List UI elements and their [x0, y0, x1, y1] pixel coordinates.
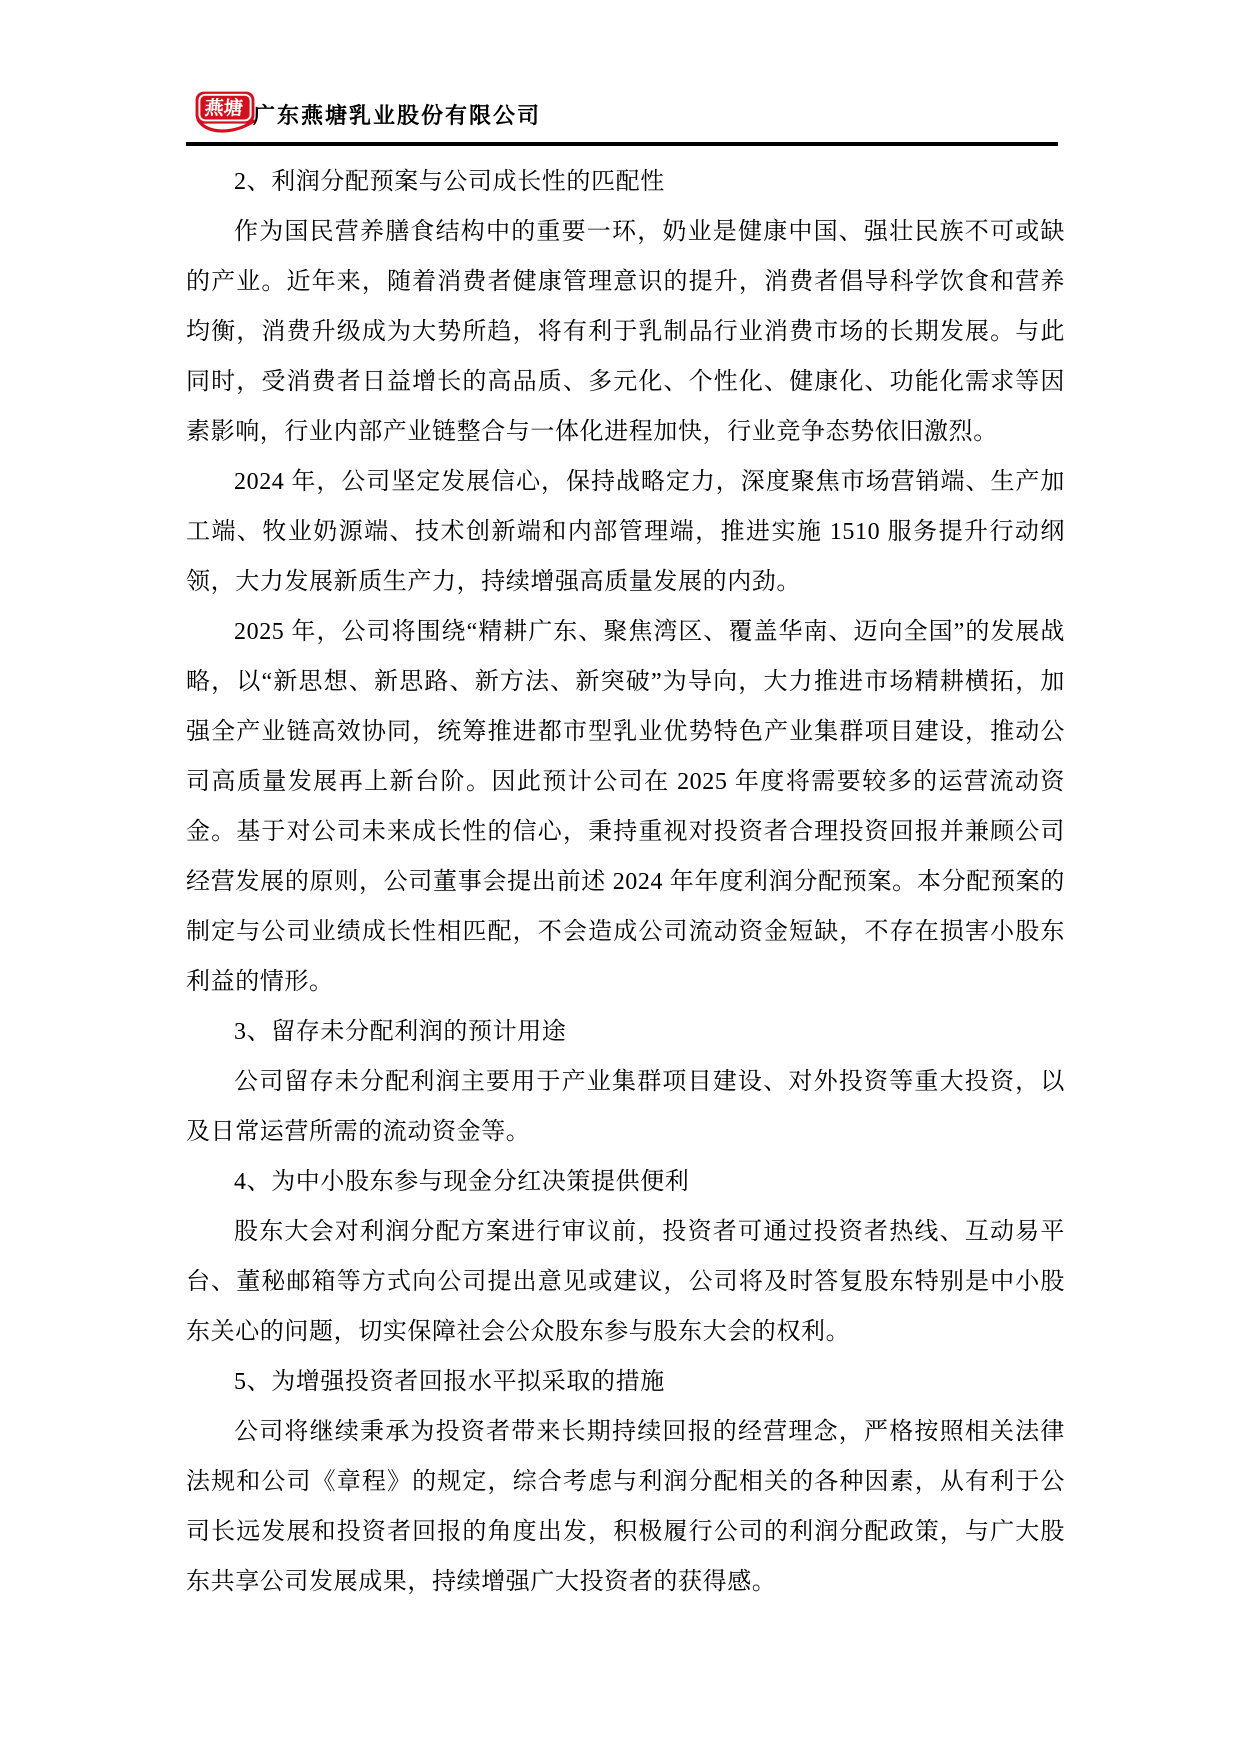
- paragraph: 2025 年，公司将围绕“精耕广东、聚焦湾区、覆盖华南、迈向全国”的发展战略，以…: [186, 607, 1065, 1007]
- header-divider: [186, 142, 1058, 146]
- paragraph: 股东大会对利润分配方案进行审议前，投资者可通过投资者热线、互动易平台、董秘邮箱等…: [186, 1207, 1065, 1357]
- section-heading: 3、留存未分配利润的预计用途: [186, 1007, 1065, 1057]
- paragraph: 公司将继续秉承为投资者带来长期持续回报的经营理念，严格按照相关法律法规和公司《章…: [186, 1407, 1065, 1607]
- paragraph: 2024 年，公司坚定发展信心，保持战略定力，深度聚焦市场营销端、生产加工端、牧…: [186, 457, 1065, 607]
- paragraph: 公司留存未分配利润主要用于产业集群项目建设、对外投资等重大投资，以及日常运营所需…: [186, 1057, 1065, 1157]
- section-heading: 2、利润分配预案与公司成长性的匹配性: [186, 157, 1065, 207]
- yantang-logo-icon: 燕塘: [193, 90, 257, 138]
- section-heading: 5、为增强投资者回报水平拟采取的措施: [186, 1357, 1065, 1407]
- section-heading: 4、为中小股东参与现金分红决策提供便利: [186, 1157, 1065, 1207]
- paragraph: 作为国民营养膳食结构中的重要一环，奶业是健康中国、强壮民族不可或缺的产业。近年来…: [186, 207, 1065, 457]
- document-body: 2、利润分配预案与公司成长性的匹配性 作为国民营养膳食结构中的重要一环，奶业是健…: [186, 157, 1065, 1607]
- document-header: 燕塘 广东燕塘乳业股份有限公司: [0, 0, 1241, 150]
- document-page: 燕塘 广东燕塘乳业股份有限公司 2、利润分配预案与公司成长性的匹配性 作为国民营…: [0, 0, 1241, 1754]
- logo-text: 燕塘: [204, 97, 245, 120]
- company-name: 广东燕塘乳业股份有限公司: [253, 102, 541, 130]
